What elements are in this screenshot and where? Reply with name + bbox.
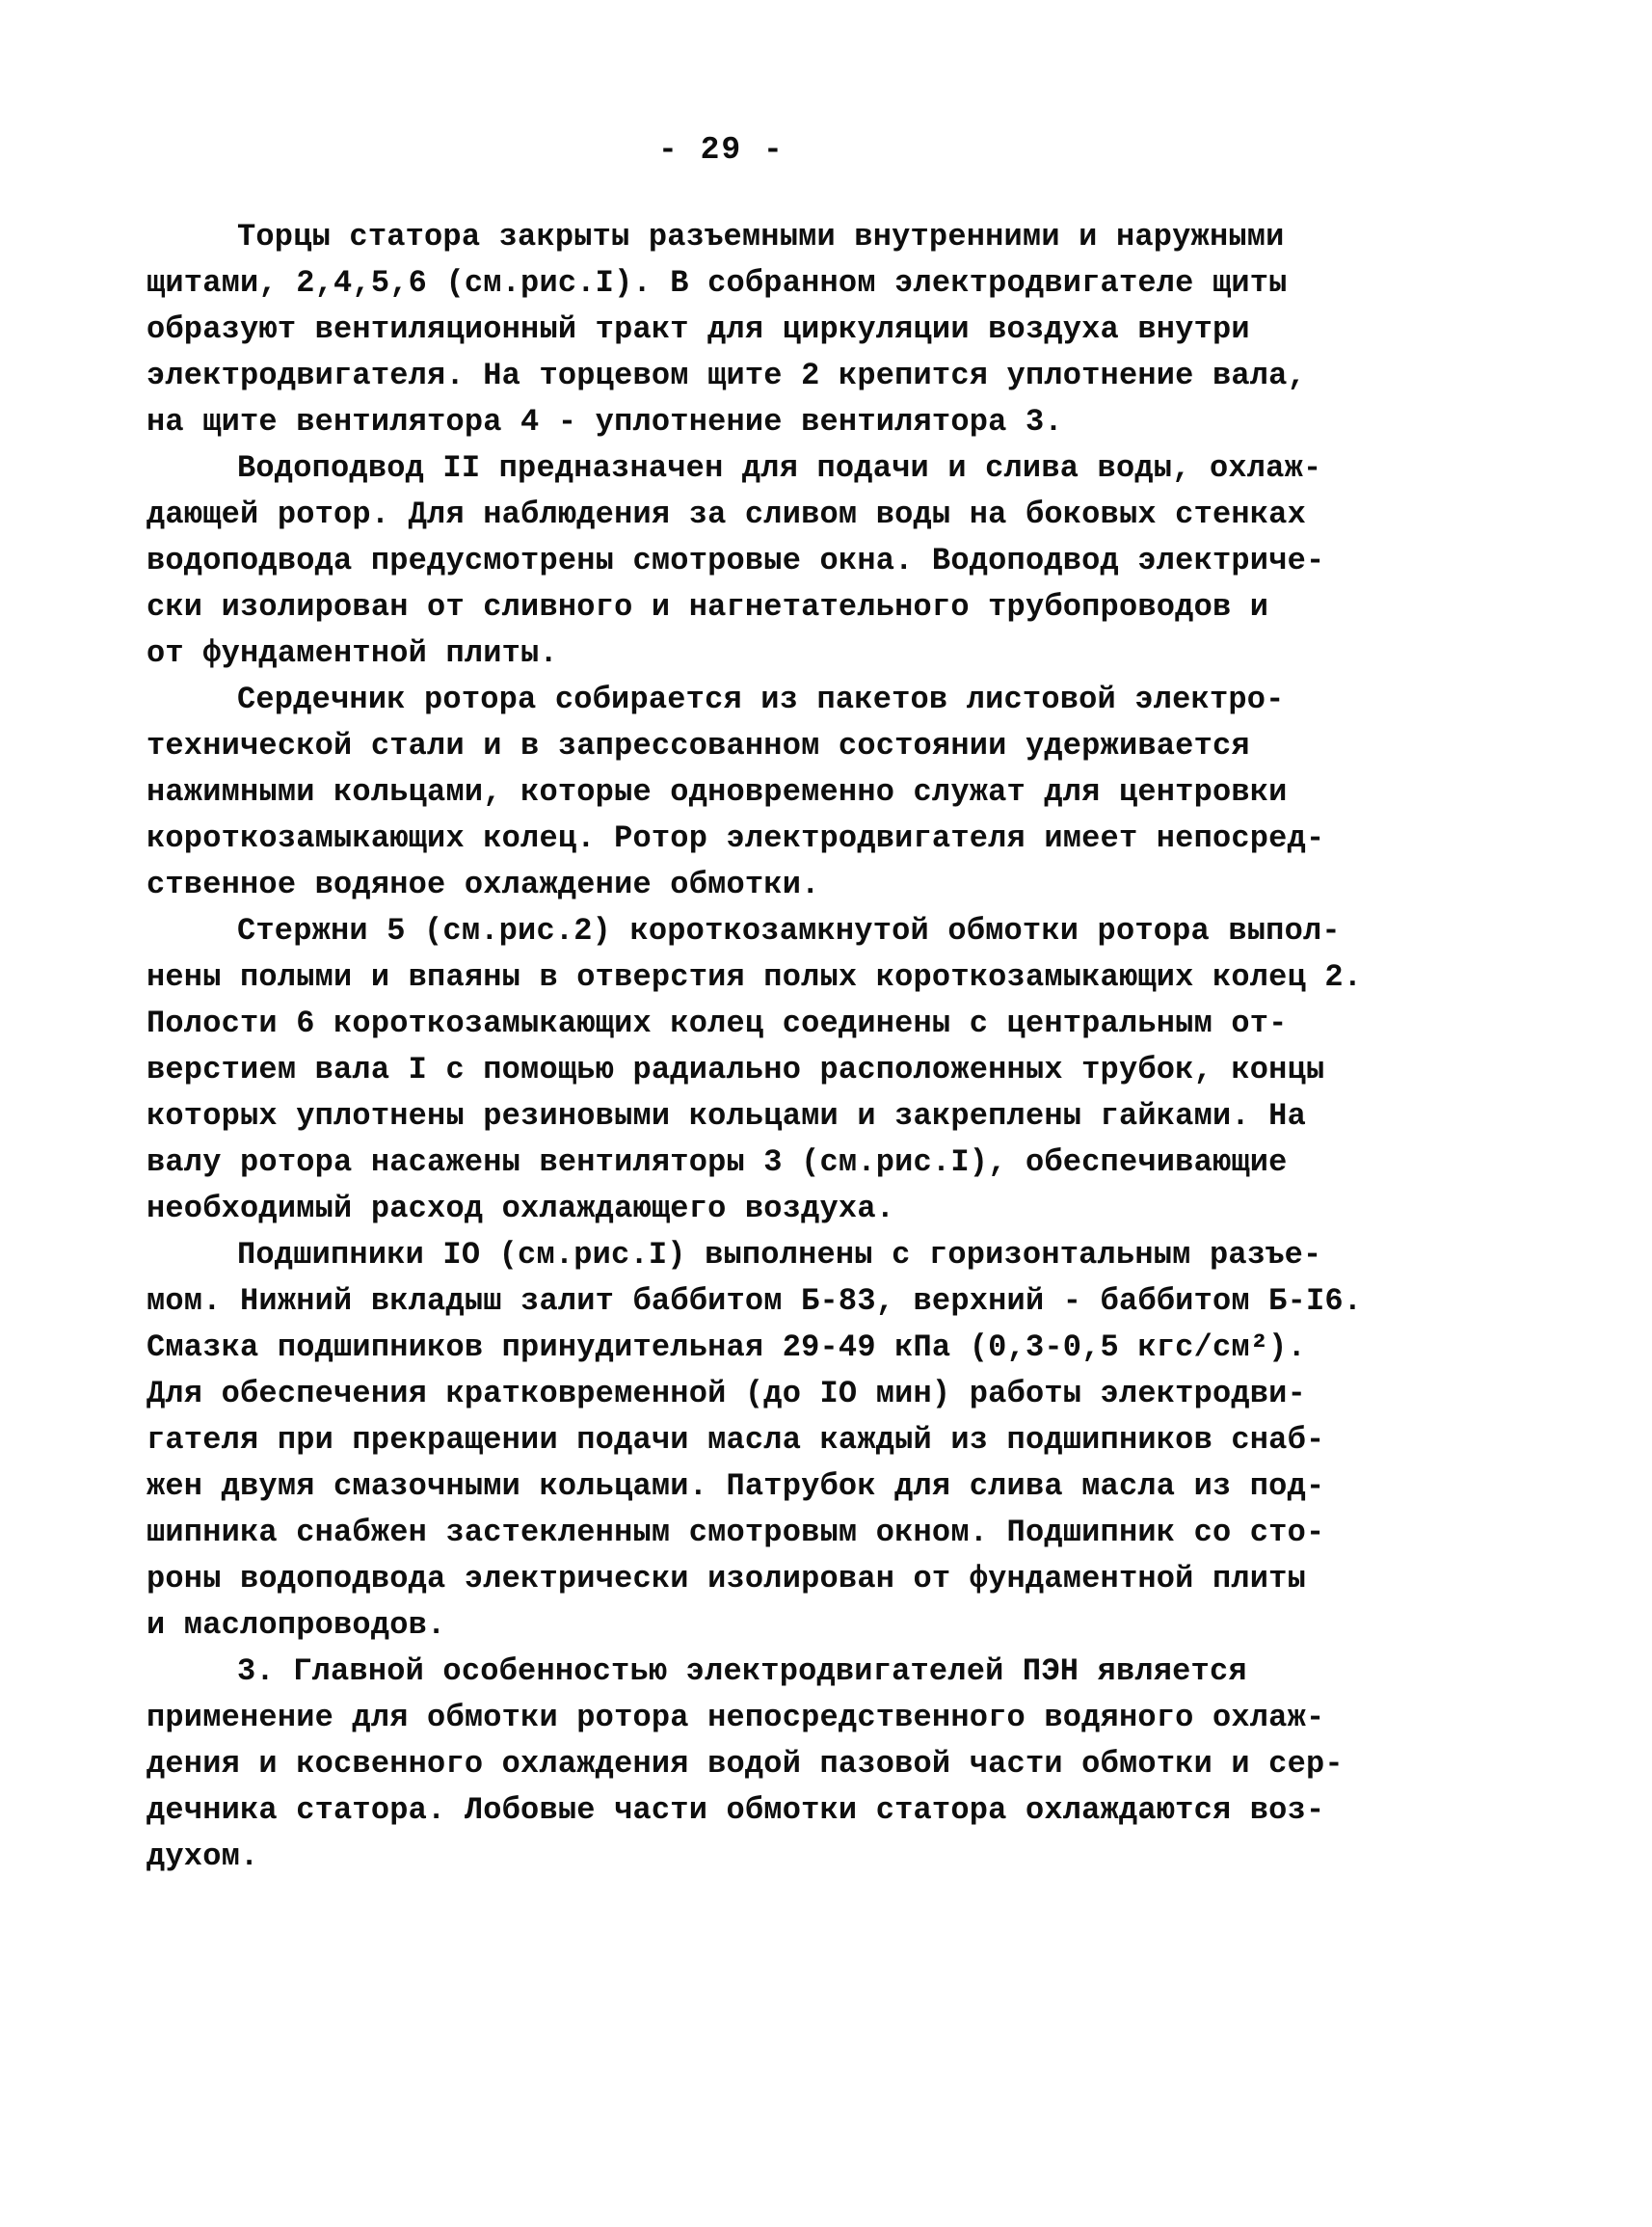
text-line: Стержни 5 (см.рис.2) короткозамкнутой об… (147, 908, 1419, 954)
text-line: водоподвода предусмотрены смотровые окна… (147, 538, 1419, 584)
text-line: мом. Нижний вкладыш залит баббитом Б-83,… (147, 1278, 1419, 1325)
text-line: ски изолирован от сливного и нагнетатель… (147, 584, 1419, 631)
paragraph: Торцы статора закрыты разъемными внутрен… (147, 214, 1419, 445)
text-line: и маслопроводов. (147, 1602, 1419, 1649)
text-line: щитами, 2,4,5,6 (см.рис.I). В собранном … (147, 260, 1419, 307)
text-line: применение для обмотки ротора непосредст… (147, 1695, 1419, 1741)
text-line: образуют вентиляционный тракт для циркул… (147, 307, 1419, 353)
text-line: на щите вентилятора 4 - уплотнение венти… (147, 399, 1419, 445)
paragraph: Водоподвод II предназначен для подачи и … (147, 445, 1419, 677)
text-line: валу ротора насажены вентиляторы 3 (см.р… (147, 1140, 1419, 1186)
text-line: дающей ротор. Для наблюдения за сливом в… (147, 492, 1419, 538)
page-number: - 29 - (658, 133, 785, 168)
text-line: жен двумя смазочными кольцами. Патрубок … (147, 1463, 1419, 1510)
paragraph: Стержни 5 (см.рис.2) короткозамкнутой об… (147, 908, 1419, 1232)
text-line: дения и косвенного охлаждения водой пазо… (147, 1741, 1419, 1787)
document-body: Торцы статора закрыты разъемными внутрен… (147, 214, 1419, 1880)
text-line: шипника снабжен застекленным смотровым о… (147, 1510, 1419, 1556)
text-line: дечника статора. Лобовые части обмотки с… (147, 1787, 1419, 1834)
text-line: нены полыми и впаяны в отверстия полых к… (147, 954, 1419, 1001)
text-line: верстием вала I с помощью радиально расп… (147, 1047, 1419, 1093)
paragraph: Подшипники IO (см.рис.I) выполнены с гор… (147, 1232, 1419, 1649)
text-line: Водоподвод II предназначен для подачи и … (147, 445, 1419, 492)
text-line: от фундаментной плиты. (147, 631, 1419, 677)
text-line: нажимными кольцами, которые одновременно… (147, 769, 1419, 816)
text-line: 3. Главной особенностью электродвигателе… (147, 1649, 1419, 1695)
text-line: Торцы статора закрыты разъемными внутрен… (147, 214, 1419, 260)
document-page: - 29 - Торцы статора закрыты разъемными … (0, 0, 1652, 2227)
text-line: необходимый расход охлаждающего воздуха. (147, 1186, 1419, 1232)
text-line: ственное водяное охлаждение обмотки. (147, 862, 1419, 908)
text-line: Смазка подшипников принудительная 29-49 … (147, 1325, 1419, 1371)
text-line: роны водоподвода электрически изолирован… (147, 1556, 1419, 1602)
text-line: технической стали и в запрессованном сос… (147, 723, 1419, 769)
paragraph: 3. Главной особенностью электродвигателе… (147, 1649, 1419, 1880)
text-line: Подшипники IO (см.рис.I) выполнены с гор… (147, 1232, 1419, 1278)
paragraph: Сердечник ротора собирается из пакетов л… (147, 677, 1419, 908)
text-line: короткозамыкающих колец. Ротор электродв… (147, 816, 1419, 862)
text-line: Для обеспечения кратковременной (до IO м… (147, 1371, 1419, 1417)
text-line: Полости 6 короткозамыкающих колец соедин… (147, 1001, 1419, 1047)
text-line: Сердечник ротора собирается из пакетов л… (147, 677, 1419, 723)
text-line: которых уплотнены резиновыми кольцами и … (147, 1093, 1419, 1140)
text-line: духом. (147, 1834, 1419, 1880)
text-line: электродвигателя. На торцевом щите 2 кре… (147, 353, 1419, 399)
text-line: гателя при прекращении подачи масла кажд… (147, 1417, 1419, 1463)
